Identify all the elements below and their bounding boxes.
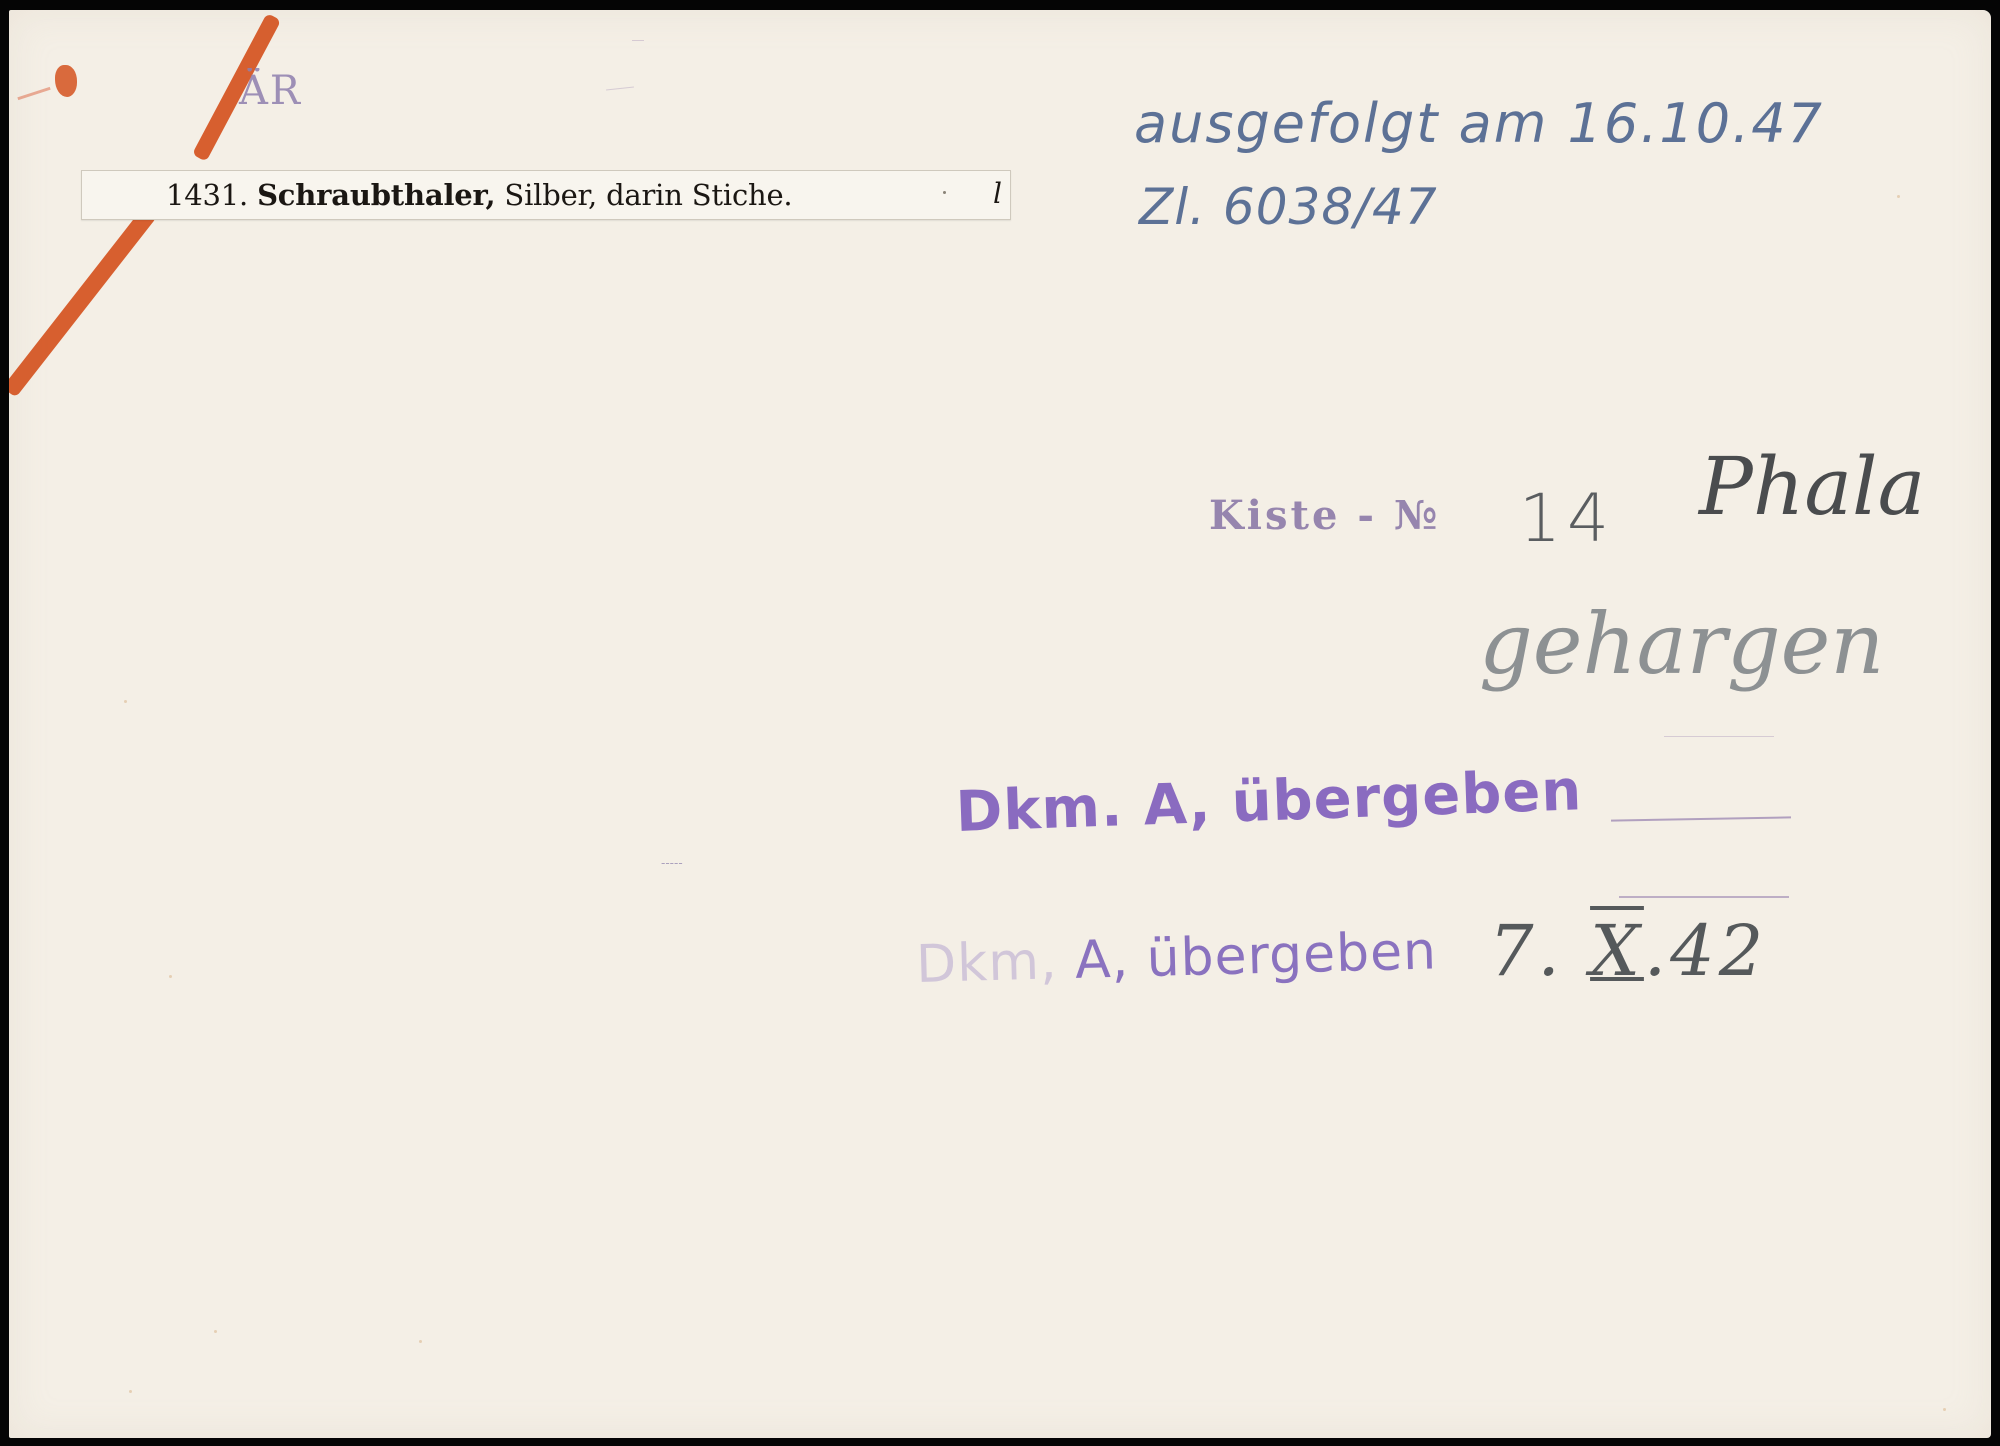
paper-speck (129, 1390, 132, 1393)
handwritten-reference-number: Zl. 6038/47 (1139, 178, 1438, 236)
dkm-transfer-stamp-1: Dkm. A, übergeben (955, 758, 1583, 845)
transfer-date-month: X (1590, 910, 1644, 992)
kiste-number: 14 (1519, 480, 1615, 557)
kiste-stamp: Kiste - № (1209, 492, 1440, 539)
label-dot (943, 191, 946, 194)
red-crayon-tail (17, 87, 50, 100)
label-text: 1431. Schraubthaler, Silber, darin Stich… (166, 178, 792, 212)
paper-speck (124, 700, 127, 703)
dkm-stamp-clear-part: A, übergeben (1074, 921, 1437, 990)
violet-guide-line (1611, 816, 1791, 821)
dkm-transfer-stamp-2: Dkm, A, übergeben (915, 921, 1437, 995)
handwritten-transfer-date: 7. X.42 (1489, 910, 1767, 992)
handwritten-phala: Phala (1699, 440, 1925, 533)
faint-guide-line (1664, 736, 1774, 737)
ar-stamp: ÄR (239, 68, 302, 114)
faint-dash-mark (606, 87, 634, 91)
faint-guide-line (1619, 896, 1789, 898)
label-end-mark: l (993, 177, 1002, 210)
red-crayon-stroke-lower (9, 206, 157, 398)
faint-ink-mark: ----- (661, 856, 683, 870)
paper-speck (419, 1340, 422, 1343)
handwritten-release-note: ausgefolgt am 16.10.47 (1134, 92, 1824, 155)
dkm-stamp-faded-part: Dkm, (915, 931, 1075, 995)
paper-speck (1897, 195, 1900, 198)
paper-speck (1943, 1408, 1946, 1411)
paper-speck (214, 1330, 217, 1333)
scan-frame: ÄR 1431. Schraubthaler, Silber, darin St… (0, 0, 2000, 1446)
index-card: ÄR 1431. Schraubthaler, Silber, darin St… (9, 10, 1991, 1438)
catalog-number: 1431. (166, 178, 248, 212)
paper-speck (169, 975, 172, 978)
transfer-date-year: .42 (1644, 910, 1767, 992)
handwritten-gehargen: gehargen (1479, 595, 1884, 693)
red-crayon-blot (55, 65, 77, 97)
item-description: Silber, darin Stiche. (495, 178, 792, 212)
item-name: Schraubthaler, (257, 178, 495, 212)
printed-label-strip: 1431. Schraubthaler, Silber, darin Stich… (81, 170, 1011, 220)
transfer-date-day: 7. (1489, 910, 1564, 992)
faint-dash-mark (632, 40, 644, 41)
